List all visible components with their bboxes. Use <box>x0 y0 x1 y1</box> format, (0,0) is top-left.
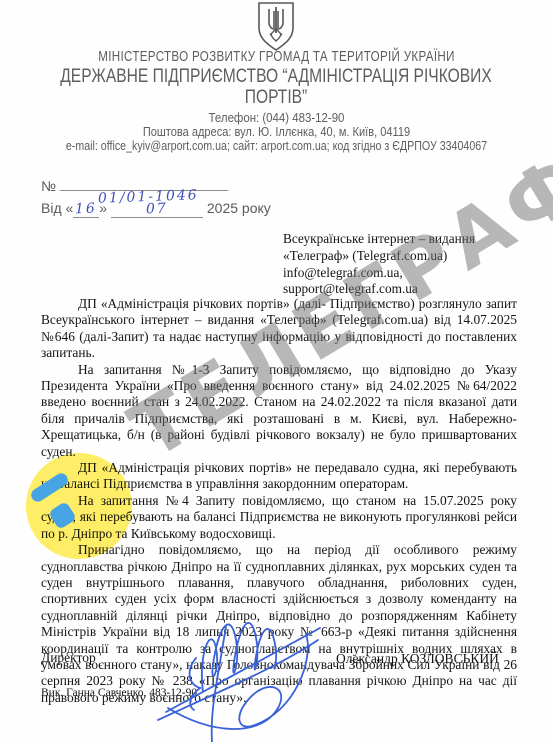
letterhead-email: e-mail: office_kyiv@arport.com.ua; сайт:… <box>50 138 503 153</box>
reference-date-row: Від «16» 07 2025 року <box>41 200 271 222</box>
enterprise-name: ДЕРЖАВНЕ ПІДПРИЄМСТВО “АДМІНІСТРАЦІЯ РІЧ… <box>28 66 524 108</box>
date-quote-close: » <box>99 200 107 216</box>
handwritten-month: 07 <box>146 201 168 218</box>
telegraf-logo-circle <box>26 453 132 559</box>
reference-block: № 01/01-1046 Від «16» 07 2025 року <box>41 178 271 222</box>
number-underline: 01/01-1046 <box>60 190 228 191</box>
signature-scribble <box>148 596 328 742</box>
letterhead-phone: Телефон: (044) 483-12-90 <box>33 110 520 125</box>
letterhead-address: Поштова адреса: вул. Ю. Іллєнка, 40, м. … <box>41 124 511 139</box>
signer-name: Олександр КОЗЛОВСЬКИЙ <box>336 651 499 667</box>
day-underline: 16 <box>73 200 99 218</box>
month-underline: 07 <box>111 200 203 218</box>
reference-number-row: № 01/01-1046 <box>41 178 271 200</box>
ukraine-trident-emblem-icon <box>252 2 300 52</box>
date-suffix: 2025 року <box>207 200 271 216</box>
ministry-name: МІНІСТЕРСТВО РОЗВИТКУ ГРОМАД ТА ТЕРИТОРІ… <box>55 49 497 65</box>
date-prefix: Від « <box>41 200 73 216</box>
handwritten-day: 16 <box>75 201 97 218</box>
number-label: № <box>41 178 56 194</box>
letter-page: МІНІСТЕРСТВО РОЗВИТКУ ГРОМАД ТА ТЕРИТОРІ… <box>0 0 553 742</box>
signer-title: Директор <box>41 650 96 666</box>
